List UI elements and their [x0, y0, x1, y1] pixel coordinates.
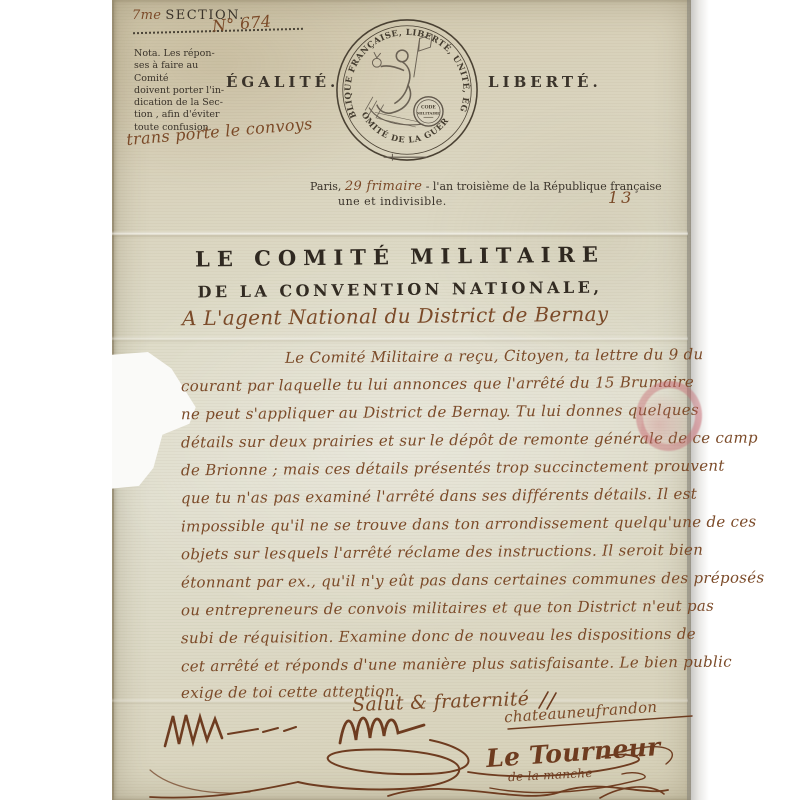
- seal-legend-top: RÉPUBLIQUE FRANÇAISE, LIBERTÉ, UNITÉ, ÉG…: [334, 15, 473, 120]
- page-number: 13: [608, 188, 634, 207]
- seal-emblem-icon: RÉPUBLIQUE FRANÇAISE, LIBERTÉ, UNITÉ, ÉG…: [334, 15, 480, 165]
- body-line: Le Comité Militaire a reçu, Citoyen, ta …: [285, 345, 704, 367]
- committee-seal: RÉPUBLIQUE FRANÇAISE, LIBERTÉ, UNITÉ, ÉG…: [334, 15, 480, 165]
- scanned-document: 7me SECTION. N° 674 Nota. Les répon- ses…: [0, 0, 800, 800]
- medallion-text-1: CODE: [421, 104, 436, 110]
- medallion-icon: CODE MILITAIRE: [414, 97, 443, 126]
- svg-text:RÉPUBLIQUE FRANÇAISE, LIBERTÉ,: RÉPUBLIQUE FRANÇAISE, LIBERTÉ, UNITÉ, ÉG…: [334, 15, 473, 120]
- motto-liberte: LIBERTÉ.: [488, 73, 602, 91]
- dateline-city: Paris,: [310, 180, 341, 193]
- dateline-line2: une et indivisible.: [338, 195, 447, 208]
- address-line: A L'agent National du District de Bernay: [182, 302, 609, 330]
- motto-egalite: ÉGALITÉ.: [226, 73, 339, 91]
- section-number-hand: 7me: [132, 8, 161, 23]
- dateline-handwritten-date: 29 frimaire: [345, 179, 422, 194]
- medallion-text-2: MILITAIRE: [417, 111, 440, 115]
